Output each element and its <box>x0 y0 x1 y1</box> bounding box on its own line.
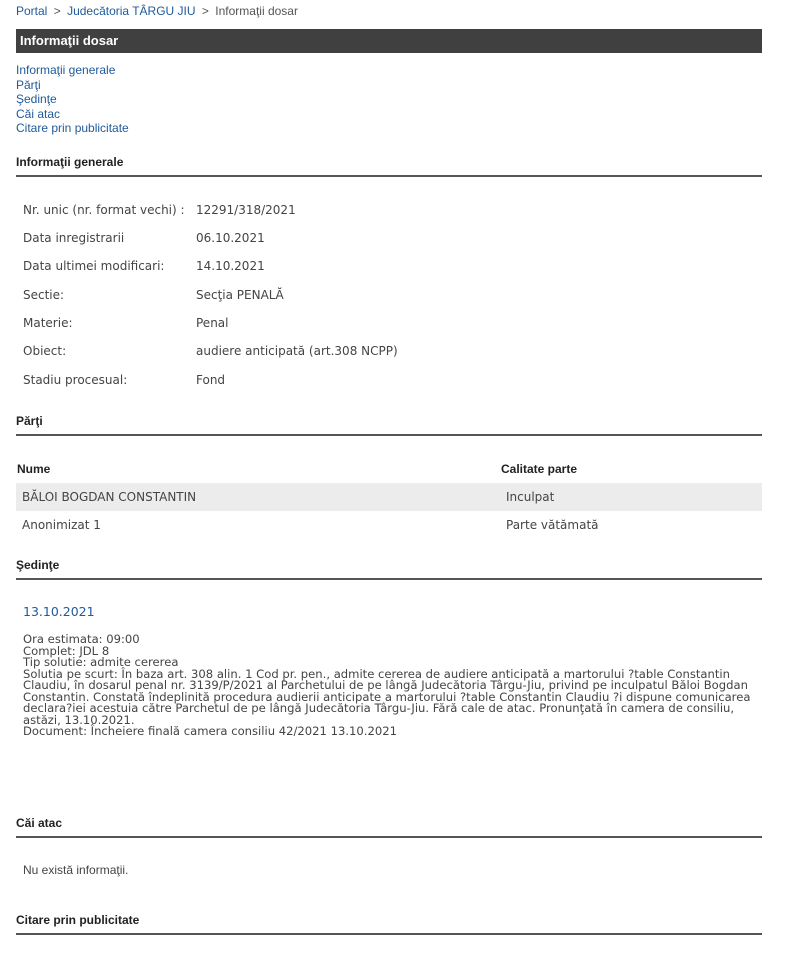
toc-link-sedinte[interactable]: Şedinţe <box>16 92 129 107</box>
page-title: Informaţii dosar <box>16 29 762 53</box>
toc-link-cai-atac[interactable]: Căi atac <box>16 107 129 122</box>
section-heading-sedinte: Şedinţe <box>16 558 762 580</box>
toc-link-citare-prin-publicitate[interactable]: Citare prin publicitate <box>16 121 129 136</box>
breadcrumb-separator: > <box>54 4 61 18</box>
breadcrumb-portal-link[interactable]: Portal <box>16 4 47 18</box>
info-value: Penal <box>196 316 228 330</box>
info-label: Sectie: <box>23 288 64 302</box>
party-name: Anonimizat 1 <box>16 511 500 539</box>
cai-atac-empty-text: Nu există informaţii. <box>23 863 128 877</box>
info-label: Data inregistrarii <box>23 231 124 245</box>
party-role: Parte vătămată <box>500 511 762 539</box>
info-value: audiere anticipată (art.308 NCPP) <box>196 344 398 358</box>
info-value: Secţia PENALĂ <box>196 288 284 302</box>
sedinta-solutie: Solutia pe scurt: În baza art. 308 alin.… <box>23 669 763 727</box>
breadcrumb-court-link[interactable]: Judecătoria TÂRGU JIU <box>67 4 196 18</box>
info-value: 06.10.2021 <box>196 231 265 245</box>
sedinta-ora: Ora estimata: 09:00 <box>23 634 763 646</box>
column-header-nume: Nume <box>16 455 500 483</box>
toc-link-informatii-generale[interactable]: Informaţii generale <box>16 63 129 78</box>
table-of-contents: Informaţii generale Părţi Şedinţe Căi at… <box>16 63 129 136</box>
party-name: BĂLOI BOGDAN CONSTANTIN <box>16 483 500 511</box>
info-label: Data ultimei modificari: <box>23 259 164 273</box>
section-heading-informatii-generale: Informaţii generale <box>16 155 762 177</box>
sedinta-details: Ora estimata: 09:00 Complet: JDL 8 Tip s… <box>23 634 763 738</box>
section-heading-citare-prin-publicitate: Citare prin publicitate <box>16 913 762 935</box>
info-label: Stadiu procesual: <box>23 373 127 387</box>
info-label: Materie: <box>23 316 73 330</box>
breadcrumb-separator: > <box>202 4 209 18</box>
toc-link-parti[interactable]: Părţi <box>16 78 129 93</box>
sedinta-date: 13.10.2021 <box>23 604 95 619</box>
sedinta-document: Document: Încheiere finală camera consil… <box>23 726 763 738</box>
parti-table: Nume Calitate parte BĂLOI BOGDAN CONSTAN… <box>16 455 762 539</box>
table-row: Anonimizat 1 Parte vătămată <box>16 511 762 539</box>
party-role: Inculpat <box>500 483 762 511</box>
info-value: Fond <box>196 373 225 387</box>
breadcrumb-current: Informaţii dosar <box>215 4 298 18</box>
info-value: 14.10.2021 <box>196 259 265 273</box>
table-row: BĂLOI BOGDAN CONSTANTIN Inculpat <box>16 483 762 511</box>
info-value: 12291/318/2021 <box>196 203 296 217</box>
column-header-calitate: Calitate parte <box>500 455 762 483</box>
info-label: Nr. unic (nr. format vechi) : <box>23 203 185 217</box>
section-heading-parti: Părţi <box>16 414 762 436</box>
info-label: Obiect: <box>23 344 66 358</box>
table-header-row: Nume Calitate parte <box>16 455 762 483</box>
section-heading-cai-atac: Căi atac <box>16 816 762 838</box>
breadcrumb: Portal > Judecătoria TÂRGU JIU > Informa… <box>16 4 298 18</box>
